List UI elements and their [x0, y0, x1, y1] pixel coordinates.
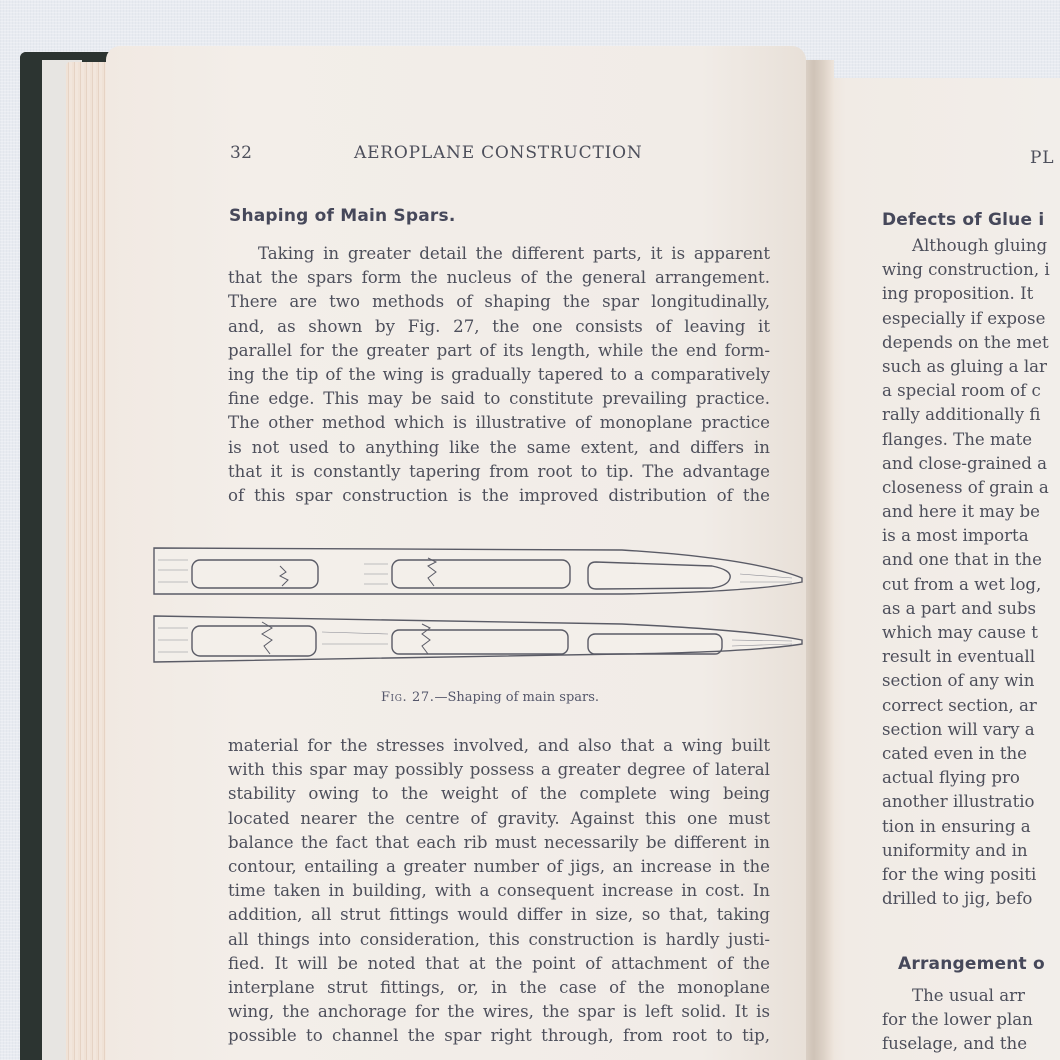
text-line: another illustratio	[882, 790, 1060, 814]
text-line: drilled to jig, befo	[882, 887, 1060, 911]
text-line: There are two methods of shaping the spa…	[228, 290, 770, 314]
text-line: section of any win	[882, 669, 1060, 693]
text-line: and here it may be	[882, 500, 1060, 524]
text-line: wing, the anchorage for the wires, the s…	[228, 1000, 770, 1024]
text-line: is a most importa	[882, 524, 1060, 548]
section-heading-arrangement: Arrangement o	[898, 954, 1045, 974]
text-line: all things into consideration, this cons…	[228, 928, 770, 952]
text-line: material for the stresses involved, and …	[228, 734, 770, 758]
text-line: fied. It will be noted that at the point…	[228, 952, 770, 976]
text-line: which may cause t	[882, 621, 1060, 645]
text-line: and close-grained a	[882, 452, 1060, 476]
text-line: for the wing positi	[882, 863, 1060, 887]
text-line: that it is constantly tapering from root…	[228, 460, 770, 484]
text-line: rally additionally fi	[882, 403, 1060, 427]
figure-caption: Fig. 27.—Shaping of main spars.	[220, 690, 760, 705]
text-line: result in eventuall	[882, 645, 1060, 669]
text-line: a special room of c	[882, 379, 1060, 403]
text-line: located nearer the centre of gravity. Ag…	[228, 807, 770, 831]
text-line: flanges. The mate	[882, 428, 1060, 452]
text-line: time taken in building, with a consequen…	[228, 879, 770, 903]
text-line: and one that in the	[882, 548, 1060, 572]
text-line: with this spar may possibly possess a gr…	[228, 758, 770, 782]
text-line: ing proposition. It	[882, 282, 1060, 306]
right-paragraph-2: The usual arr for the lower plan fuselag…	[882, 984, 1060, 1057]
text-line: Taking in greater detail the different p…	[228, 242, 770, 266]
text-line: for the lower plan	[882, 1008, 1060, 1032]
page-number: 32	[230, 143, 252, 163]
section-heading-defects-of-glue: Defects of Glue i	[882, 210, 1044, 230]
text-line: closeness of grain a	[882, 476, 1060, 500]
text-line: of this spar construction is the improve…	[228, 484, 770, 508]
text-line: actual flying pro	[882, 766, 1060, 790]
text-line: cut from a wet log,	[882, 573, 1060, 597]
right-running-head: PL	[1030, 148, 1054, 168]
text-line: parallel for the greater part of its len…	[228, 339, 770, 363]
text-line: interplane strut fittings, or, in the ca…	[228, 976, 770, 1000]
text-line: as a part and subs	[882, 597, 1060, 621]
text-line: such as gluing a lar	[882, 355, 1060, 379]
text-line: balance the fact that each rib must nece…	[228, 831, 770, 855]
text-line: contour, entailing a greater number of j…	[228, 855, 770, 879]
text-line: cated even in the	[882, 742, 1060, 766]
text-line: Although gluing	[882, 234, 1060, 258]
text-line: ing the tip of the wing is gradually tap…	[228, 363, 770, 387]
text-line: depends on the met	[882, 331, 1060, 355]
section-heading: Shaping of Main Spars.	[229, 206, 455, 226]
book-title: AEROPLANE CONSTRUCTION	[354, 143, 643, 163]
paragraph-1: Taking in greater detail the different p…	[228, 242, 770, 508]
text-line: and, as shown by Fig. 27, the one consis…	[228, 315, 770, 339]
text-line: fine edge. This may be said to constitut…	[228, 387, 770, 411]
paragraph-2: material for the stresses involved, and …	[228, 734, 770, 1048]
text-line: wing construction, i	[882, 258, 1060, 282]
text-line: section will vary a	[882, 718, 1060, 742]
text-line: possible to channel the spar right throu…	[228, 1024, 770, 1048]
text-line: tion in ensuring a	[882, 815, 1060, 839]
figure-caption-text: —Shaping of main spars.	[434, 690, 599, 705]
text-line: uniformity and in	[882, 839, 1060, 863]
text-line: addition, all strut fittings would diffe…	[228, 903, 770, 927]
text-line: that the spars form the nucleus of the g…	[228, 266, 770, 290]
text-line: The other method which is illustrative o…	[228, 411, 770, 435]
text-line: especially if expose	[882, 307, 1060, 331]
right-paragraph-1: Although gluing wing construction, i ing…	[882, 234, 1060, 911]
text-line: stability owing to the weight of the com…	[228, 782, 770, 806]
text-line: correct section, ar	[882, 694, 1060, 718]
text-line: is not used to anything like the same ex…	[228, 436, 770, 460]
figure-label: Fig. 27.	[381, 690, 435, 705]
spar-illustration	[152, 540, 808, 670]
text-line: The usual arr	[882, 984, 1060, 1008]
text-line: fuselage, and the	[882, 1032, 1060, 1056]
